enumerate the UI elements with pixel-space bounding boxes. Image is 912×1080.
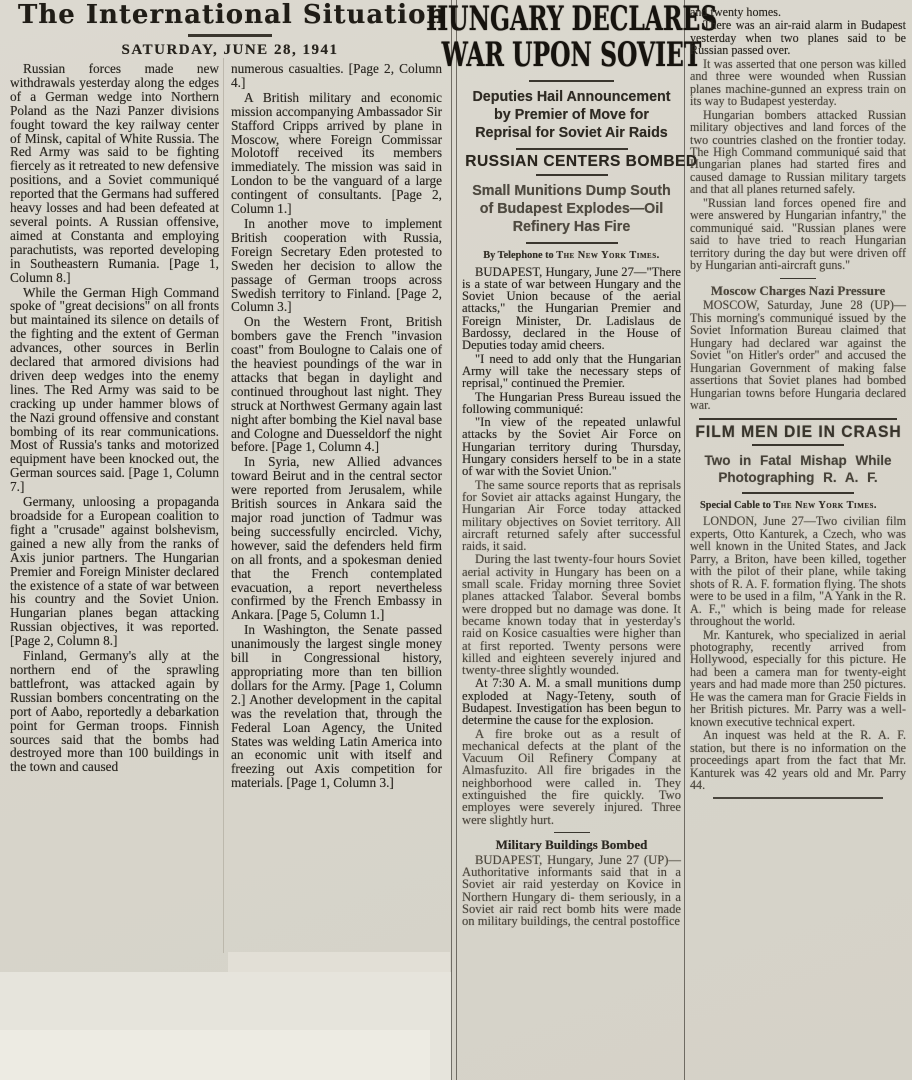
deck-text: Deputies Hail Announcement by Premier of… (462, 88, 681, 142)
byline: Special Cable to The New York Times. (690, 500, 906, 512)
body-paragraph: Hungarian bombers attacked Russian milit… (690, 109, 906, 196)
body-paragraph: In Syria, new Allied advances toward Bei… (231, 455, 442, 622)
body-paragraph: There was an air-raid alarm in Budapest … (690, 19, 906, 56)
section-rule (529, 80, 614, 82)
title-rule (188, 34, 272, 37)
body-paragraph: "I need to add only that the Hungarian A… (462, 353, 681, 390)
column-divider (456, 0, 457, 1080)
date-line: SATURDAY, JUNE 28, 1941 (18, 42, 442, 59)
body-paragraph: MOSCOW, Saturday, June 28 (UP)—This morn… (690, 299, 906, 411)
scan-light-patch (0, 972, 452, 1080)
body-paragraph: An inquest was held at the R. A. F. stat… (690, 729, 906, 791)
column-divider (223, 58, 224, 953)
intl-column-1: Russian forces made new withdrawals yest… (10, 62, 219, 775)
body-paragraph: numerous casualties. [Page 2, Column 4.] (231, 62, 442, 90)
right-column: and twenty homes. There was an air-raid … (690, 6, 906, 805)
body-paragraph: Russian forces made new withdrawals yest… (10, 62, 219, 285)
byline: By Telephone to The New York Times. (462, 250, 681, 262)
scan-light-patch (0, 1030, 430, 1080)
body-paragraph: On the Western Front, British bombers ga… (231, 315, 442, 454)
byline-prefix: By Telephone to (483, 250, 556, 261)
section-rule (554, 832, 590, 834)
body-paragraph: Finland, Germany's ally at the northern … (10, 649, 219, 774)
body-paragraph: At 7:30 A. M. a small munitions dump exp… (462, 677, 681, 726)
scan-light-patch (228, 952, 450, 1012)
headline-line: HUNGARY DECLARES (426, 0, 717, 40)
body-paragraph: "In view of the repeated unlawful attack… (462, 416, 681, 477)
headline-line: WAR UPON SOVIET (442, 36, 702, 76)
film-deck: Two in Fatal Mishap While Photographing … (690, 452, 906, 486)
main-headline: HUNGARY DECLARES WAR UPON SOVIET (462, 2, 681, 74)
section-rule (742, 492, 854, 494)
body-paragraph: LONDON, June 27—Two civilian film expert… (690, 515, 906, 627)
section-rule (699, 418, 897, 420)
hungary-article-column: HUNGARY DECLARES WAR UPON SOVIET Deputie… (462, 0, 681, 929)
international-situation-header: The International Situation SATURDAY, JU… (18, 0, 442, 59)
film-deck-line: Two in Fatal Mishap While (690, 452, 906, 469)
subhead-moscow-charges: Moscow Charges Nazi Pressure (690, 285, 906, 297)
body-paragraph: While the German High Command spoke of "… (10, 286, 219, 495)
film-headline: FILM MEN DIE IN CRASH (695, 426, 900, 438)
section-rule (752, 444, 844, 446)
section-rule (516, 148, 628, 150)
film-deck-line: Photographing R. A. F. (690, 469, 906, 486)
body-paragraph: In another move to implement British coo… (231, 217, 442, 314)
body-paragraph: Germany, unloosing a propaganda broadsid… (10, 495, 219, 648)
body-paragraph: and twenty homes. (690, 6, 906, 18)
body-paragraph: BUDAPEST, Hungary, June 27—"There is a s… (462, 266, 681, 352)
byline-paper-name: The New York Times. (774, 500, 877, 511)
end-rule (713, 797, 883, 799)
newspaper-page: The International Situation SATURDAY, JU… (0, 0, 912, 1080)
section-title: The International Situation (18, 0, 442, 30)
body-paragraph: Mr. Kanturek, who specialized in aerial … (690, 629, 906, 729)
body-paragraph: A British military and economic mission … (231, 91, 442, 216)
deck-text: Small Munitions Dump South of Budapest E… (462, 182, 681, 236)
column-divider (451, 0, 452, 1080)
body-paragraph: The Hungarian Press Bureau issued the fo… (462, 391, 681, 416)
body-paragraph: During the last twenty-four hours Soviet… (462, 553, 681, 676)
byline-prefix: Special Cable to (700, 500, 774, 511)
section-rule (780, 278, 816, 280)
body-paragraph: It was asserted that one person was kill… (690, 58, 906, 108)
body-paragraph: A fire broke out as a result of mechanic… (462, 728, 681, 826)
body-paragraph: BUDAPEST, Hungary, June 27 (UP)—Authorit… (462, 854, 681, 928)
body-paragraph: In Washington, the Senate passed unanimo… (231, 623, 442, 790)
body-paragraph: The same source reports that as reprisal… (462, 479, 681, 553)
byline-paper-name: The New York Times. (556, 250, 659, 261)
section-rule (526, 242, 618, 244)
intl-column-2: numerous casualties. [Page 2, Column 4.]… (231, 62, 442, 791)
body-paragraph: "Russian land forces opened fire and wer… (690, 197, 906, 272)
subhead-military-buildings: Military Buildings Bombed (462, 839, 681, 851)
section-rule (536, 174, 608, 176)
bank-headline: RUSSIAN CENTERS BOMBED (465, 156, 677, 168)
